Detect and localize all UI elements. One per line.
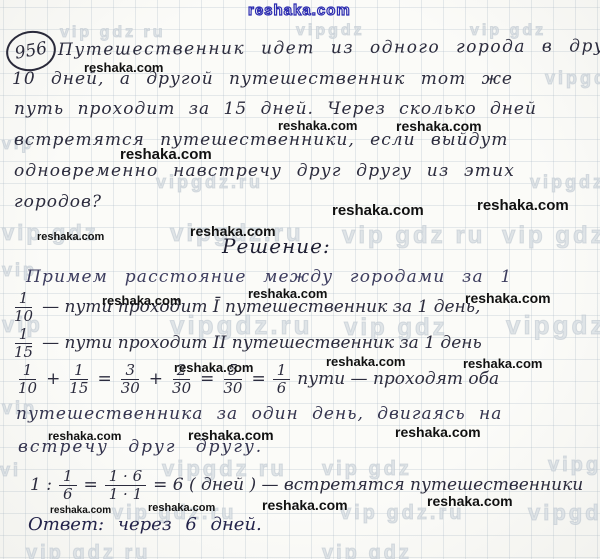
reshaka-watermark: reshaka.com: [278, 118, 358, 133]
math-text: пути — проходят оба: [297, 369, 499, 389]
fraction: 16: [273, 362, 291, 396]
reshaka-watermark: reshaka.com: [332, 202, 424, 219]
math-text: =: [251, 369, 265, 389]
solution-intro-line: Примем расстояние между городами за 1: [26, 267, 512, 287]
problem-line-3: путь проходит за 15 дней. Через сколько …: [14, 99, 537, 119]
solution-continuation-line-1: путешественника за один день, двигаясь н…: [16, 404, 502, 424]
math-text: = 6 ( дней ) — встретятся путешественник…: [153, 475, 583, 495]
fraction: 110: [16, 362, 39, 396]
problem-number-circle: 956: [3, 27, 59, 75]
reshaka-watermark: reshaka.com: [48, 429, 121, 443]
reshaka-watermark: reshaka.com: [148, 502, 215, 514]
fraction: 330: [119, 362, 142, 396]
math-text: +: [46, 369, 60, 389]
fraction: 16: [59, 468, 77, 502]
reshaka-watermark: reshaka.com: [37, 231, 104, 243]
reshaka-watermark: reshaka.com: [477, 197, 569, 214]
fraction-definition-line-2: 115— пути проходит II путешественник за …: [12, 326, 482, 360]
reshaka-watermark: reshaka.com: [190, 223, 276, 239]
fraction: 115: [67, 362, 90, 396]
fraction: 110: [12, 290, 35, 324]
notebook-page-photo: 956 Путешественник идет из одного города…: [0, 0, 600, 559]
reshaka-watermark: reshaka.com: [395, 424, 481, 440]
fraction: 1 · 61 · 1: [105, 468, 146, 502]
reshaka-watermark: reshaka.com: [248, 286, 328, 301]
reshaka-watermark: reshaka.com: [102, 293, 182, 308]
reshaka-watermark: reshaka.com: [84, 60, 164, 75]
math-text: — пути проходит II путешественник за 1 д…: [42, 333, 482, 353]
reshaka-watermark: reshaka.com: [427, 493, 513, 509]
math-text: +: [149, 369, 163, 389]
fraction: 115: [12, 326, 35, 360]
reshaka-watermark: reshaka.com: [262, 497, 348, 513]
fraction-definition-line-1: 110— пути проходит Ī путешественник за 1…: [12, 290, 480, 324]
reshaka-watermark: reshaka.com: [396, 118, 482, 134]
reshaka-watermark: reshaka.com: [463, 356, 543, 371]
handwriting-layer: 956 Путешественник идет из одного города…: [0, 0, 600, 559]
problem-number: 956: [13, 38, 48, 63]
math-text: 1 :: [30, 475, 52, 495]
reshaka-watermark: reshaka.com: [465, 290, 551, 306]
problem-line-1: Путешественник идет из одного города в д…: [58, 36, 600, 60]
math-text: =: [84, 475, 98, 495]
reshaka-watermark-blue-outline: reshaka.com: [248, 2, 351, 19]
reshaka-watermark: reshaka.com: [174, 360, 254, 375]
problem-line-6: городов?: [14, 192, 102, 212]
problem-line-5: одновременно навстречу друг другу из эти…: [14, 161, 515, 181]
reshaka-watermark: reshaka.com: [326, 354, 406, 369]
reshaka-watermark: reshaka.com: [188, 427, 274, 443]
fraction-sum-equation: 110+115=330+230=530=16пути — проходят об…: [16, 362, 499, 396]
math-text: =: [97, 369, 111, 389]
answer-line: Ответ: через 6 дней.: [28, 514, 262, 535]
reshaka-watermark: reshaka.com: [50, 505, 111, 516]
reshaka-watermark: reshaka.com: [120, 146, 212, 163]
